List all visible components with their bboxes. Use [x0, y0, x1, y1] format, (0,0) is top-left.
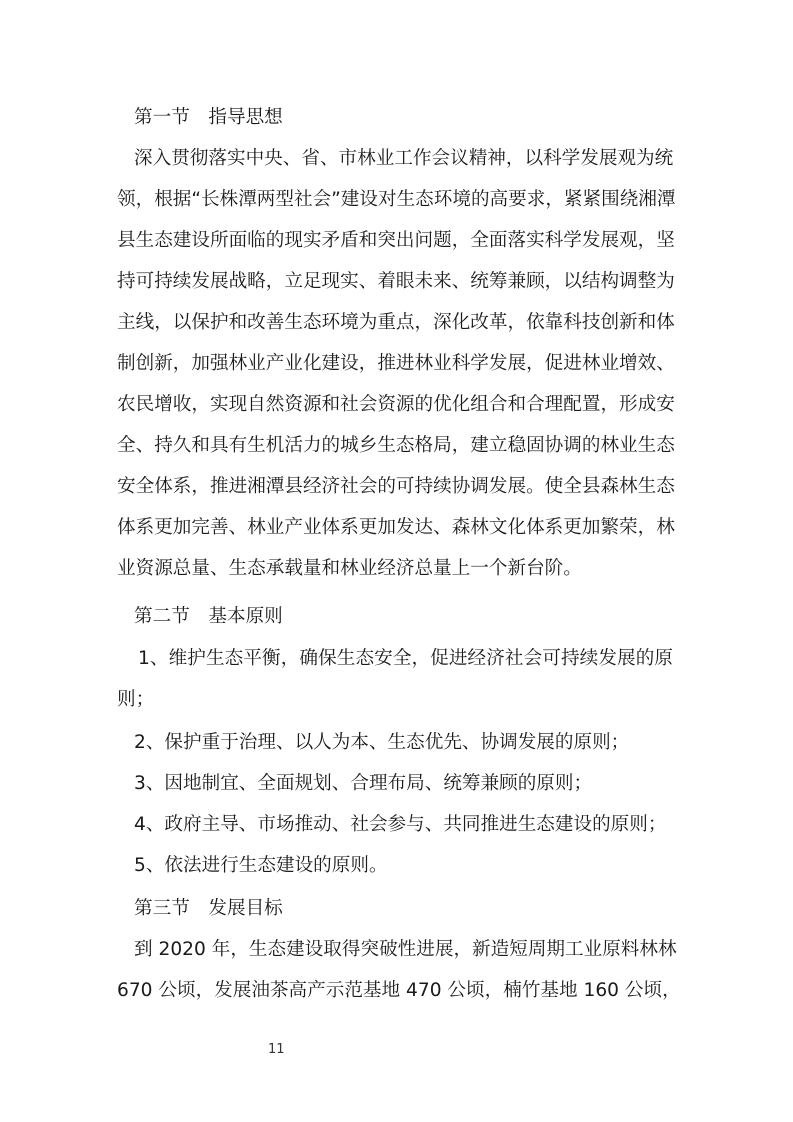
page-number: 11 [268, 1042, 285, 1058]
principle-item-4: 4、政府主导、市场推动、社会参与、共同推进生态建设的原则； [134, 813, 666, 837]
paragraph-line: 业资源总量、生态承载量和林业经济总量上一个新台阶。 [117, 557, 673, 581]
paragraph-line: 制创新，加强林业产业化建设，推进林业科学发展，促进林业增效、 [117, 352, 673, 376]
paragraph-line: 670 公顷，发展油茶高产示范基地 470 公顷，楠竹基地 160 公顷， [117, 979, 673, 1003]
paragraph-line: 主线，以保护和改善生态环境为重点，深化改革，依靠科技创新和体 [117, 311, 673, 335]
section-heading-basic-principles: 第二节 基本原则 [134, 605, 283, 629]
paragraph-line: 县生态建设所面临的现实矛盾和突出问题，全面落实科学发展观，坚 [117, 229, 673, 253]
paragraph-line: 农民增收，实现自然资源和社会资源的优化组合和合理配置，形成安 [117, 393, 673, 417]
principle-item-1-cont: 则； [117, 688, 673, 712]
principle-item-1: 1、维护生态平衡，确保生态安全，促进经济社会可持续发展的原 [138, 647, 673, 671]
section-heading-guiding-ideology: 第一节 指导思想 [134, 106, 283, 130]
paragraph-line: 安全体系，推进湘潭县经济社会的可持续协调发展。使全县森林生态 [117, 475, 673, 499]
document-page: 第一节 指导思想 深入贯彻落实中央、省、市林业工作会议精神，以科学发展观为统 领… [0, 0, 793, 1122]
principle-item-3: 3、因地制宜、全面规划、合理布局、统筹兼顾的原则； [134, 772, 592, 796]
paragraph-line: 到 2020 年，生态建设取得突破性进展，新造短周期工业原料林林 [134, 938, 673, 962]
paragraph-line: 持可持续发展战略，立足现实、着眼未来、统筹兼顾，以结构调整为 [117, 270, 673, 294]
principle-item-2: 2、保护重于治理、以人为本、生态优先、协调发展的原则； [134, 731, 629, 755]
paragraph-line: 全、持久和具有生机活力的城乡生态格局，建立稳固协调的林业生态 [117, 434, 673, 458]
principle-item-5: 5、依法进行生态建设的原则。 [134, 854, 388, 878]
paragraph-line: 体系更加完善、林业产业体系更加发达、森林文化体系更加繁荣，林 [117, 516, 673, 540]
paragraph-line: 领，根据“长株潭两型社会”建设对生态环境的高要求，紧紧围绕湘潭 [117, 188, 673, 212]
section-heading-development-goals: 第三节 发展目标 [134, 897, 283, 921]
paragraph-line: 深入贯彻落实中央、省、市林业工作会议精神，以科学发展观为统 [134, 147, 673, 171]
